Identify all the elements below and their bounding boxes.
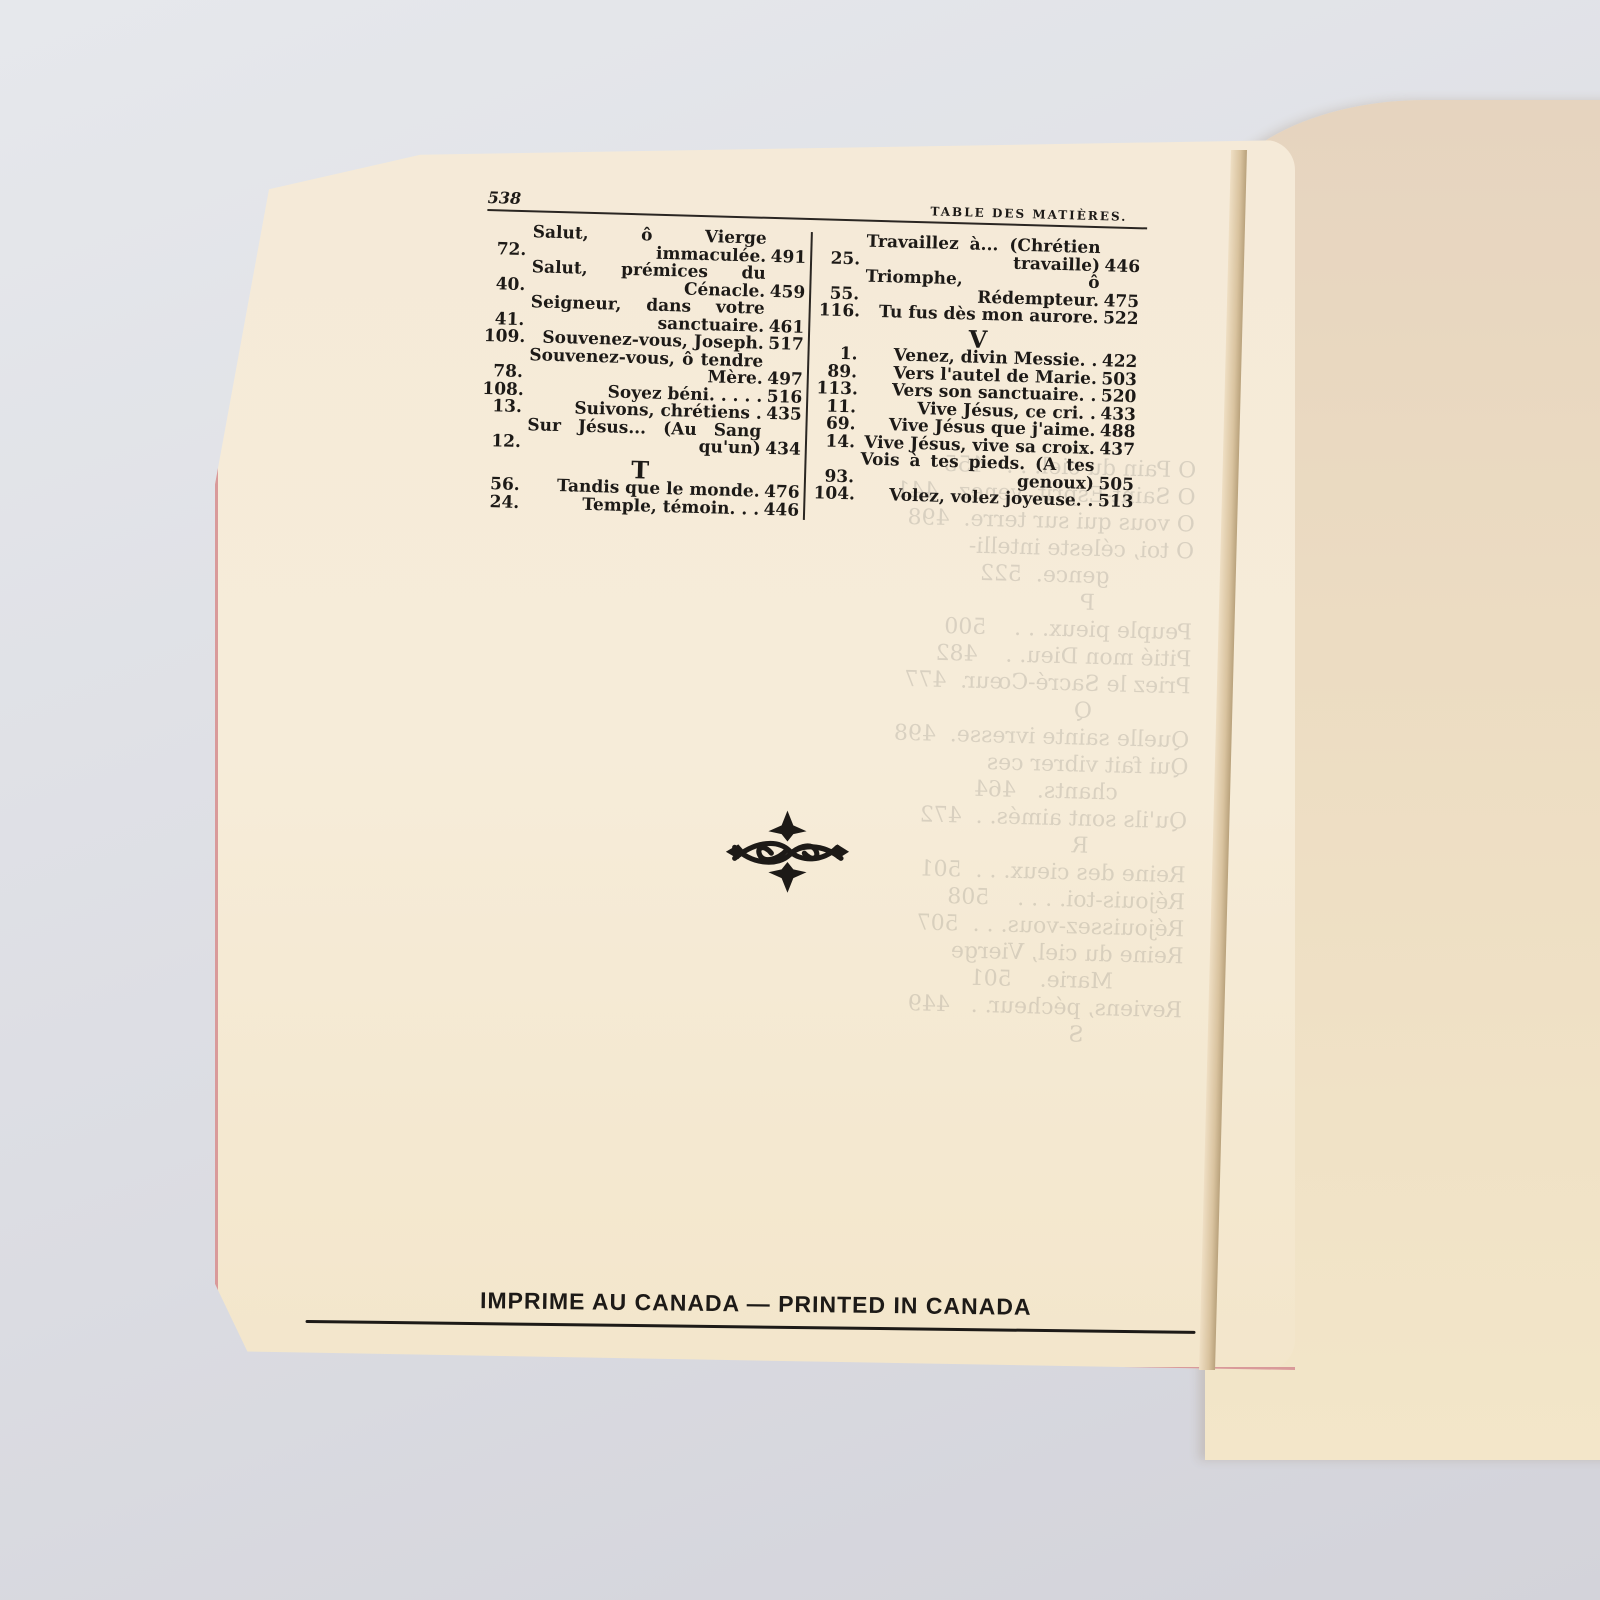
toc-columns: 72.Salut, ô Vierge immaculée.491 40.Salu… bbox=[479, 223, 1147, 529]
toc-entry: 12.Sur Jésus... (Au Sang qu'un)434 bbox=[481, 415, 802, 459]
toc-left-column: 72.Salut, ô Vierge immaculée.491 40.Salu… bbox=[479, 223, 813, 520]
running-title: TABLE DES MATIÈRES. bbox=[930, 204, 1127, 223]
toc-right-column: 25.Travaillez à... (Chrétien travaille)4… bbox=[805, 232, 1141, 529]
table-of-contents: 538 TABLE DES MATIÈRES. 72.Salut, ô Vier… bbox=[479, 188, 1148, 529]
fleuron-ornament-icon bbox=[716, 796, 856, 906]
page-number: 538 bbox=[487, 188, 521, 208]
